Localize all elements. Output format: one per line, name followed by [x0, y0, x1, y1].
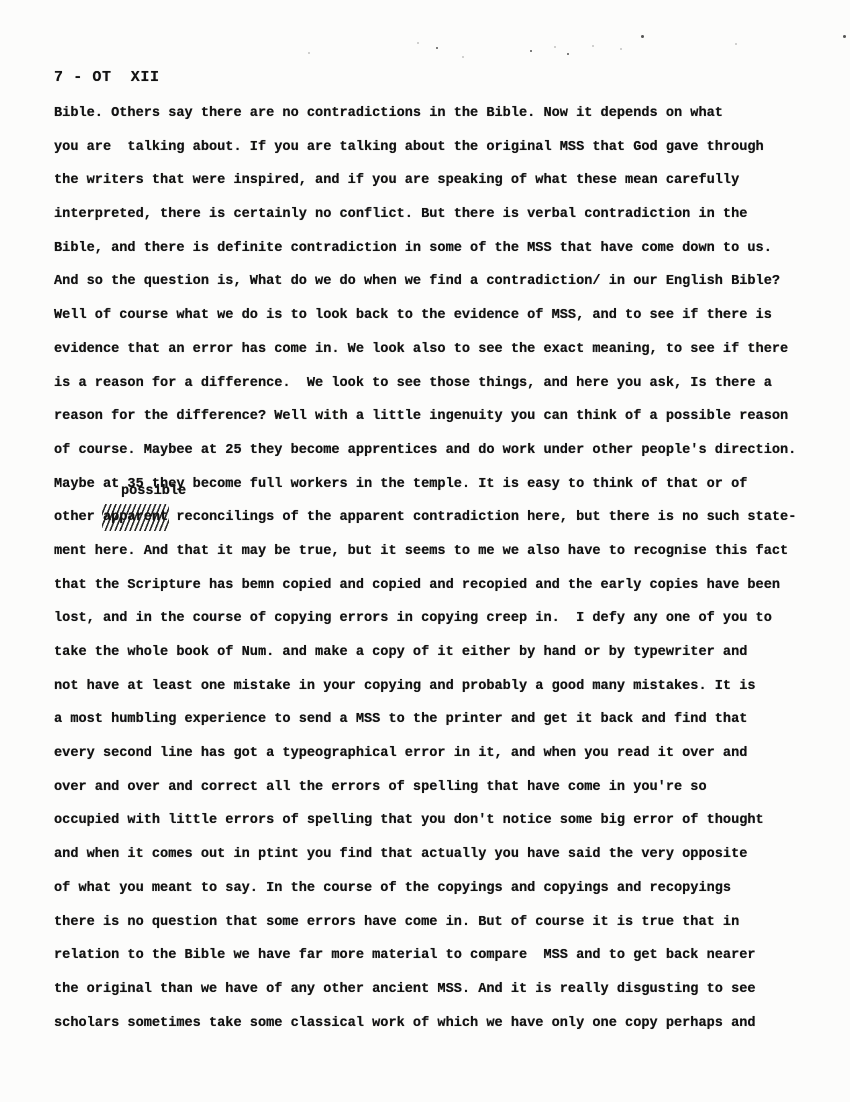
text-line: and when it comes out in ptint you find … — [54, 838, 824, 872]
text-line: reason for the difference? Well with a l… — [54, 400, 824, 434]
text-line: you are talking about. If you are talkin… — [54, 131, 824, 165]
text-line: other possibleapparent reconcilings of t… — [54, 501, 824, 535]
text-block: Bible. Others say there are no contradic… — [54, 97, 824, 1040]
correction-group: possibleapparent — [103, 501, 168, 535]
scan-speck — [641, 35, 644, 38]
interline-correction: possible — [121, 485, 186, 499]
scan-speck — [308, 52, 310, 54]
text-line: ment here. And that it may be true, but … — [54, 535, 824, 569]
text-line: Bible. Others say there are no contradic… — [54, 97, 824, 131]
text-line: Well of course what we do is to look bac… — [54, 299, 824, 333]
text-line: the writers that were inspired, and if y… — [54, 164, 824, 198]
scan-speck — [417, 42, 419, 44]
text-line: every second line has got a typeographic… — [54, 737, 824, 771]
text-line: that the Scripture has bemn copied and c… — [54, 569, 824, 603]
text-line: And so the question is, What do we do wh… — [54, 265, 824, 299]
text-line: evidence that an error has come in. We l… — [54, 333, 824, 367]
scan-speck — [436, 47, 438, 49]
scan-speck — [462, 56, 464, 58]
struck-word: apparent — [103, 501, 168, 535]
scan-speck — [735, 43, 737, 45]
text-line: Bible, and there is definite contradicti… — [54, 232, 824, 266]
text-line: the original than we have of any other a… — [54, 973, 824, 1007]
text-line: over and over and correct all the errors… — [54, 771, 824, 805]
scan-speck — [530, 50, 532, 52]
page-heading: 7 - OT XII — [54, 69, 160, 86]
scan-speck — [620, 48, 622, 50]
text-line: of what you meant to say. In the course … — [54, 872, 824, 906]
text-line: is a reason for a difference. We look to… — [54, 367, 824, 401]
text-line: not have at least one mistake in your co… — [54, 670, 824, 704]
text-line: scholars sometimes take some classical w… — [54, 1007, 824, 1041]
text-line: interpreted, there is certainly no confl… — [54, 198, 824, 232]
scan-speck — [554, 46, 556, 48]
text-line: of course. Maybee at 25 they become appr… — [54, 434, 824, 468]
scan-speck — [567, 53, 569, 55]
text-line: a most humbling experience to send a MSS… — [54, 703, 824, 737]
scan-speck — [592, 45, 594, 47]
text-line: lost, and in the course of copying error… — [54, 602, 824, 636]
text-line: take the whole book of Num. and make a c… — [54, 636, 824, 670]
text-line: there is no question that some errors ha… — [54, 906, 824, 940]
scan-speck — [843, 35, 846, 38]
text-line: relation to the Bible we have far more m… — [54, 939, 824, 973]
typewritten-page: 7 - OT XII Bible. Others say there are n… — [0, 0, 850, 1102]
text-line: occupied with little errors of spelling … — [54, 804, 824, 838]
